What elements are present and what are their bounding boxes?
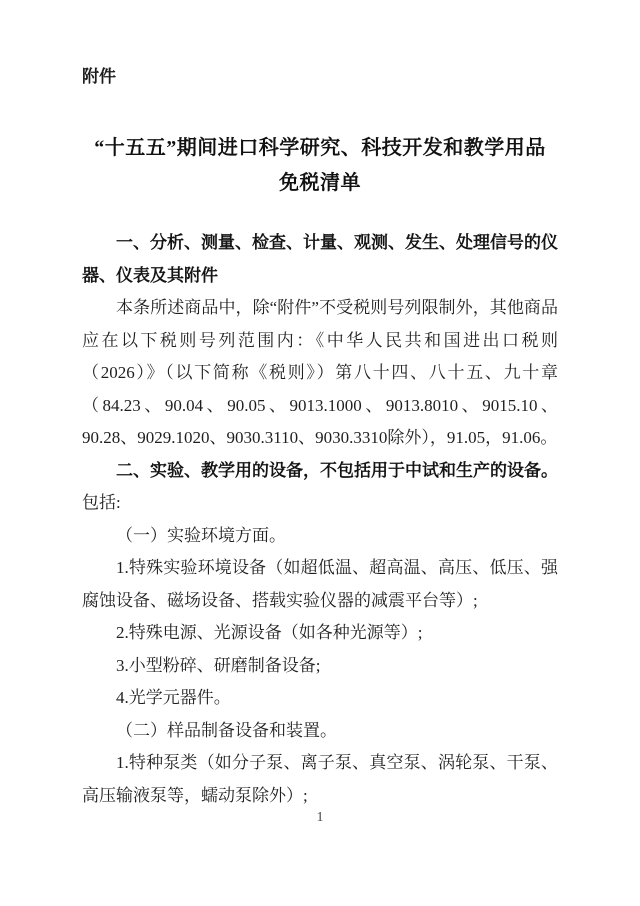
document-content: 附件 “十五五”期间进口科学研究、科技开发和教学用品 免税清单 一、分析、测量、…	[82, 0, 558, 812]
page-number: 1	[0, 808, 640, 828]
section-one-paragraph: 本条所述商品中，除“附件”不受税则号列限制外，其他商品应在以下税则号列范围内：《…	[82, 292, 558, 455]
document-title: “十五五”期间进口科学研究、科技开发和教学用品 免税清单	[82, 131, 558, 201]
list-item: 1.特殊实验环境设备（如超低温、超高温、高压、低压、强腐蚀设备、磁场设备、搭载实…	[82, 552, 558, 617]
subsection-one-heading: （一）实验环境方面。	[82, 520, 558, 553]
document-body: 一、分析、测量、检查、计量、观测、发生、处理信号的仪器、仪表及其附件 本条所述商…	[82, 227, 558, 812]
list-item: 3.小型粉碎、研磨制备设备;	[82, 650, 558, 683]
list-item: 2.特殊电源、光源设备（如各种光源等）;	[82, 617, 558, 650]
list-item: 1.特种泵类（如分子泵、离子泵、真空泵、涡轮泵、干泵、高压输液泵等，蠕动泵除外）…	[82, 747, 558, 812]
section-two-heading: 二、实验、教学用的设备，不包括用于中试和生产的设备。	[116, 461, 558, 480]
list-item: 4.光学元器件。	[82, 682, 558, 715]
section-two-heading-block: 二、实验、教学用的设备，不包括用于中试和生产的设备。包括:	[82, 455, 558, 520]
section-two-include-label: 包括:	[82, 493, 121, 512]
title-line-2: 免税清单	[82, 166, 558, 201]
title-line-1: “十五五”期间进口科学研究、科技开发和教学用品	[82, 131, 558, 166]
section-one-heading: 一、分析、测量、检查、计量、观测、发生、处理信号的仪器、仪表及其附件	[82, 227, 558, 292]
attachment-label: 附件	[82, 0, 558, 88]
subsection-two-heading: （二）样品制备设备和装置。	[82, 715, 558, 748]
document-page: 附件 “十五五”期间进口科学研究、科技开发和教学用品 免税清单 一、分析、测量、…	[0, 0, 640, 906]
